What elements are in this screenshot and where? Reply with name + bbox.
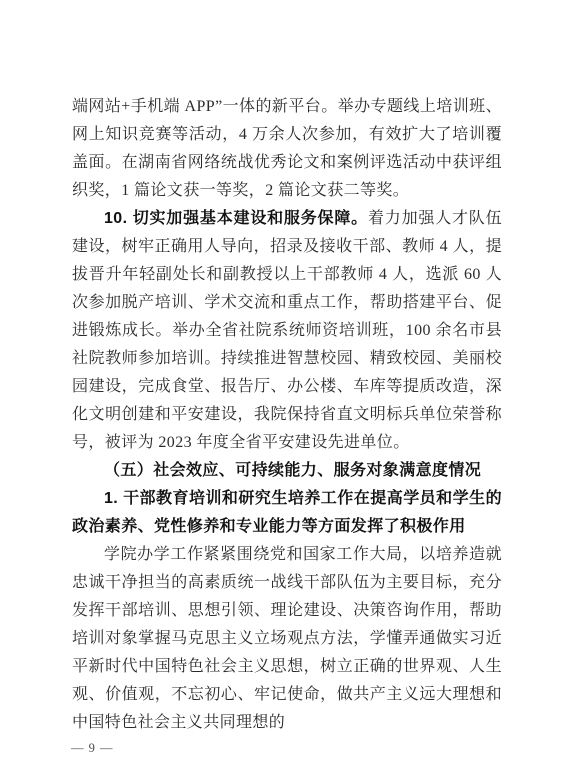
paragraph-closing: 学院办学工作紧紧围绕党和国家工作大局，以培养造就忠诚干净担当的高素质统一战线干部… (72, 541, 502, 737)
paragraph-item-10: 10. 切实加强基本建设和服务保障。着力加强人才队伍建设，树牢正确用人导向，招录… (72, 205, 502, 457)
document-page: 端网站+手机端 APP”一体的新平台。举办专题线上培训班、网上知识竞赛等活动，4… (0, 0, 568, 784)
sub-heading-one: 1. 干部教育培训和研究生培养工作在提高学员和学生的政治素养、党性修养和专业能力… (72, 485, 502, 541)
paragraph-item-10-body: 着力加强人才队伍建设，树牢正确用人导向，招录及接收干部、教师 4 人，提拔晋升年… (72, 210, 502, 451)
page-number: — 9 — (71, 740, 114, 756)
section-heading-five: （五）社会效应、可持续能力、服务对象满意度情况 (72, 457, 502, 485)
paragraph-continued: 端网站+手机端 APP”一体的新平台。举办专题线上培训班、网上知识竞赛等活动，4… (72, 93, 502, 205)
document-body: 端网站+手机端 APP”一体的新平台。举办专题线上培训班、网上知识竞赛等活动，4… (72, 93, 502, 737)
paragraph-item-10-lead: 10. 切实加强基本建设和服务保障。 (104, 210, 368, 227)
